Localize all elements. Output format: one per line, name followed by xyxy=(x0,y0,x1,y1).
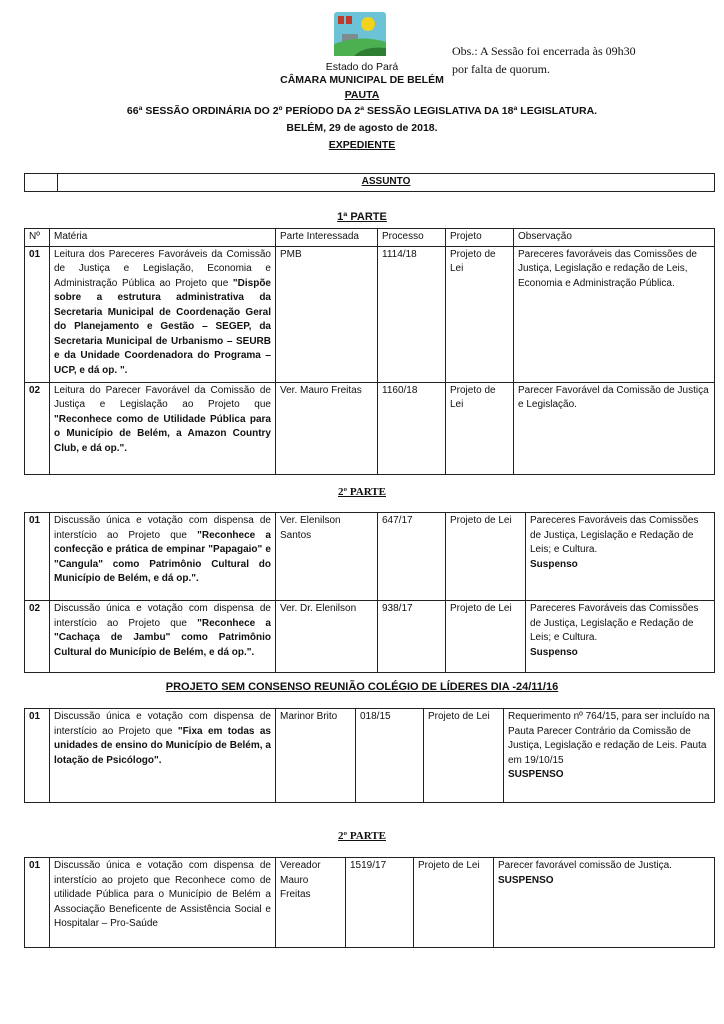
row-number: 01 xyxy=(25,709,50,803)
table-row: 01Discussão única e votação com dispensa… xyxy=(25,858,715,948)
processo-cell: 1519/17 xyxy=(346,858,414,948)
row-number-text: 01 xyxy=(29,515,40,526)
processo-text: 018/15 xyxy=(360,711,391,722)
table-header-row: Nº Matéria Parte Interessada Processo Pr… xyxy=(25,229,715,247)
materia-text: Leitura do Parecer Favorável da Comissão… xyxy=(54,385,271,411)
observacao-text: Parecer favorável comissão de Justiça. xyxy=(498,860,672,871)
obs-line-1: Obs.: A Sessão foi encerrada às 09h30 xyxy=(452,42,636,60)
materia-cell: Discussão única e votação com dispensa d… xyxy=(50,513,276,601)
row-number: 01 xyxy=(25,246,50,382)
sem-consenso-title: PROJETO SEM CONSENSO REUNIÃO COLÉGIO DE … xyxy=(0,681,724,693)
row-number: 01 xyxy=(25,513,50,601)
assunto-table: ASSUNTO xyxy=(24,173,715,192)
parte-text: Vereador Mauro Freitas xyxy=(280,860,321,900)
parte-text: Ver. Mauro Freitas xyxy=(280,385,362,396)
projeto-cell: Projeto de Lei xyxy=(446,246,514,382)
observacao-cell: Requerimento nº 764/15, para ser incluíd… xyxy=(504,709,715,803)
parte-interessada-cell: Ver. Elenilson Santos xyxy=(276,513,378,601)
parte-interessada-cell: Ver. Dr. Elenilson xyxy=(276,601,378,673)
processo-cell: 1160/18 xyxy=(378,382,446,474)
table-row: 02Leitura do Parecer Favorável da Comiss… xyxy=(25,382,715,474)
materia-text: Discussão única e votação com dispensa d… xyxy=(54,860,271,929)
table-row: 01Discussão única e votação com dispensa… xyxy=(25,513,715,601)
materia-cell: Discussão única e votação com dispensa d… xyxy=(50,601,276,673)
state-name: Estado do Pará xyxy=(0,60,724,74)
status-badge: SUSPENSO xyxy=(508,769,564,780)
parte2-title: 2º PARTE xyxy=(0,486,724,498)
row-number-text: 01 xyxy=(29,249,40,260)
row-number: 01 xyxy=(25,858,50,948)
col-materia: Matéria xyxy=(50,229,276,247)
projeto-text: Projeto de Lei xyxy=(450,249,496,275)
row-number-text: 01 xyxy=(29,860,40,871)
observacao-text: Parecer Favorável da Comissão de Justiça… xyxy=(518,385,709,411)
parte-text: Ver. Elenilson Santos xyxy=(280,515,341,541)
parte-interessada-cell: Vereador Mauro Freitas xyxy=(276,858,346,948)
col-observacao: Observação xyxy=(514,229,715,247)
pauta-title: PAUTA xyxy=(0,88,724,102)
parte-interessada-cell: Ver. Mauro Freitas xyxy=(276,382,378,474)
parte1-table: Nº Matéria Parte Interessada Processo Pr… xyxy=(24,228,715,475)
processo-cell: 1114/18 xyxy=(378,246,446,382)
projeto-text: Projeto de Lei xyxy=(450,515,512,526)
observacao-cell: Pareceres Favoráveis das Comissões de Ju… xyxy=(526,601,715,673)
session-title: 66ª SESSÃO ORDINÁRIA DO 2º PERÍODO DA 2ª… xyxy=(0,104,724,118)
col-projeto: Projeto xyxy=(446,229,514,247)
processo-text: 1160/18 xyxy=(382,385,417,396)
observacao-text: Pareceres Favoráveis das Comissões de Ju… xyxy=(530,515,698,555)
observacao-text: Pareceres favoráveis das Comissões de Ju… xyxy=(518,249,697,289)
status-badge: SUSPENSO xyxy=(498,875,554,886)
parte-text: Ver. Dr. Elenilson xyxy=(280,603,356,614)
materia-cell: Discussão única e votação com dispensa d… xyxy=(50,858,276,948)
chamber-name: CÂMARA MUNICIPAL DE BELÉM xyxy=(0,73,724,87)
session-date: BELÉM, 29 de agosto de 2018. xyxy=(0,121,724,135)
observacao-cell: Pareceres Favoráveis das Comissões de Ju… xyxy=(526,513,715,601)
projeto-cell: Projeto de Lei xyxy=(446,513,526,601)
projeto-cell: Projeto de Lei xyxy=(424,709,504,803)
table-row: 02Discussão única e votação com dispensa… xyxy=(25,601,715,673)
processo-text: 1519/17 xyxy=(350,860,386,871)
status-badge: Suspenso xyxy=(530,647,578,658)
observacao-cell: Pareceres favoráveis das Comissões de Ju… xyxy=(514,246,715,382)
table-row: 01Discussão única e votação com dispensa… xyxy=(25,709,715,803)
materia-cell: Leitura dos Pareceres Favoráveis da Comi… xyxy=(50,246,276,382)
parte2b-table: 01Discussão única e votação com dispensa… xyxy=(24,857,715,948)
processo-text: 1114/18 xyxy=(382,249,417,260)
sem-consenso-table: 01Discussão única e votação com dispensa… xyxy=(24,708,715,803)
processo-text: 938/17 xyxy=(382,603,413,614)
projeto-text: Projeto de Lei xyxy=(450,385,496,411)
row-number-text: 02 xyxy=(29,385,40,396)
observacao-text: Requerimento nº 764/15, para ser incluíd… xyxy=(508,711,710,766)
processo-cell: 647/17 xyxy=(378,513,446,601)
parte-interessada-cell: PMB xyxy=(276,246,378,382)
processo-cell: 018/15 xyxy=(356,709,424,803)
projeto-text: Projeto de Lei xyxy=(450,603,512,614)
processo-text: 647/17 xyxy=(382,515,413,526)
projeto-cell: Projeto de Lei xyxy=(446,382,514,474)
assunto-header: ASSUNTO xyxy=(58,174,715,192)
projeto-cell: Projeto de Lei xyxy=(446,601,526,673)
row-number: 02 xyxy=(25,382,50,474)
parte2b-title: 2º PARTE xyxy=(0,830,724,842)
materia-bold-text: "Reconhece como de Utilidade Pública par… xyxy=(54,414,271,454)
observacao-cell: Parecer Favorável da Comissão de Justiça… xyxy=(514,382,715,474)
expediente-title: EXPEDIENTE xyxy=(0,138,724,152)
parte1-title: 1ª PARTE xyxy=(0,211,724,223)
col-num: Nº xyxy=(25,229,50,247)
row-number-text: 01 xyxy=(29,711,40,722)
col-parte: Parte Interessada xyxy=(276,229,378,247)
observacao-text: Pareceres Favoráveis das Comissões de Ju… xyxy=(530,603,698,643)
materia-bold-text: "Dispõe sobre a estrutura administrativa… xyxy=(54,278,271,376)
projeto-text: Projeto de Lei xyxy=(428,711,490,722)
materia-cell: Leitura do Parecer Favorável da Comissão… xyxy=(50,382,276,474)
processo-cell: 938/17 xyxy=(378,601,446,673)
assunto-blank-cell xyxy=(25,174,58,192)
parte-interessada-cell: Marinor Brito xyxy=(276,709,356,803)
col-processo: Processo xyxy=(378,229,446,247)
row-number: 02 xyxy=(25,601,50,673)
materia-cell: Discussão única e votação com dispensa d… xyxy=(50,709,276,803)
row-number-text: 02 xyxy=(29,603,40,614)
projeto-text: Projeto de Lei xyxy=(418,860,480,871)
parte-text: PMB xyxy=(280,249,302,260)
parte-text: Marinor Brito xyxy=(280,711,337,722)
coat-of-arms-logo xyxy=(334,12,386,56)
status-badge: Suspenso xyxy=(530,559,578,570)
parte2-table: 01Discussão única e votação com dispensa… xyxy=(24,512,715,673)
observacao-cell: Parecer favorável comissão de Justiça.SU… xyxy=(494,858,715,948)
table-row: 01Leitura dos Pareceres Favoráveis da Co… xyxy=(25,246,715,382)
projeto-cell: Projeto de Lei xyxy=(414,858,494,948)
